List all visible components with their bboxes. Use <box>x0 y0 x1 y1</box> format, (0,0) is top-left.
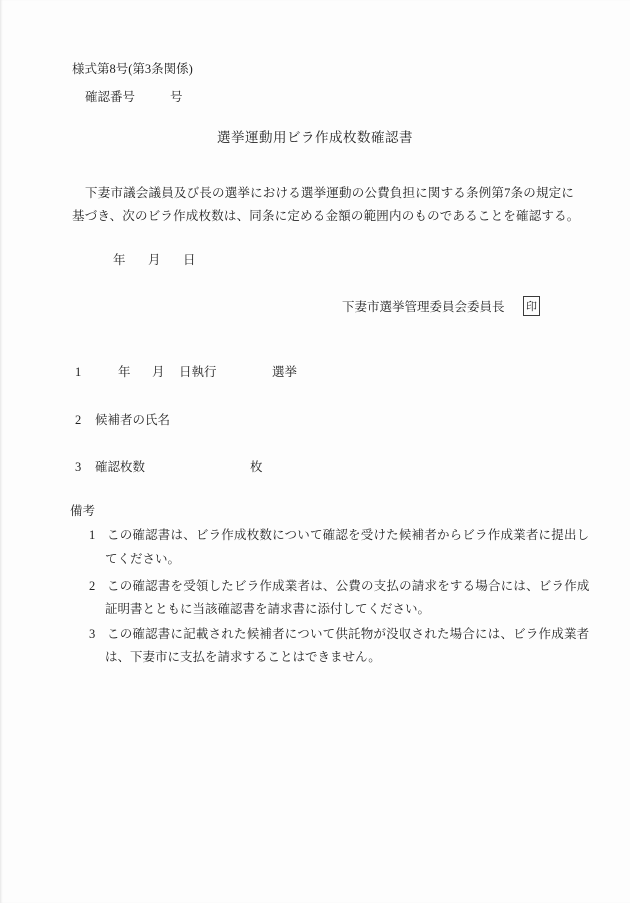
note-1-line-2: てください。 <box>105 552 180 567</box>
document-title: 選挙運動用ビラ作成枚数確認書 <box>0 130 630 146</box>
confirmation-number-label: 確認番号 <box>85 90 135 105</box>
item-3-number: 3 <box>75 460 81 475</box>
form-id: 様式第8号(第3条関係) <box>72 62 193 77</box>
note-3-line-1: この確認書に記載された候補者について供託物が没収された場合には、ビラ作成業者 <box>107 627 589 642</box>
note-3-line-2: は、下妻市に支払を請求することはできません。 <box>105 650 381 665</box>
item-1-day-executed-label: 日執行 <box>179 365 217 380</box>
note-2-line-1: この確認書を受領したビラ作成業者は、公費の支払の請求をする場合には、ビラ作成 <box>107 579 590 594</box>
scanned-form-page: 様式第8号(第3条関係) 確認番号 号 選挙運動用ビラ作成枚数確認書 下妻市議会… <box>0 0 630 903</box>
item-1-number: 1 <box>75 365 81 380</box>
note-2-line-2: 証明書とともに当該確認書を請求書に添付してください。 <box>105 602 430 617</box>
note-1-number: 1 <box>89 528 95 543</box>
date-month-label: 月 <box>148 253 161 268</box>
item-1-year-label: 年 <box>118 365 131 380</box>
seal-box: 印 <box>523 296 540 316</box>
item-3-label: 確認枚数 <box>95 460 145 475</box>
note-3-number: 3 <box>89 627 95 642</box>
body-paragraph-line-1: 下妻市議会議員及び長の選挙における選挙運動の公費負担に関する条例第7条の規定に <box>72 186 574 201</box>
item-1-election-label: 選挙 <box>272 365 297 380</box>
confirmation-number-unit: 号 <box>170 90 183 105</box>
date-day-label: 日 <box>183 253 196 268</box>
date-year-label: 年 <box>113 253 126 268</box>
item-2-label: 候補者の氏名 <box>95 413 170 428</box>
remarks-title: 備考 <box>70 504 95 519</box>
note-1-line-1: この確認書は、ビラ作成枚数について確認を受けた候補者からビラ作成業者に提出し <box>107 528 589 543</box>
seal-label: 印 <box>526 298 537 314</box>
item-2-number: 2 <box>75 413 81 428</box>
body-paragraph-line-2: 基づき、次のビラ作成枚数は、同条に定める金額の範囲内のものであることを確認する。 <box>72 209 580 224</box>
signer-title: 下妻市選挙管理委員会委員長 <box>342 300 505 315</box>
item-1-month-label: 月 <box>152 365 165 380</box>
item-3-unit-label: 枚 <box>250 460 263 475</box>
note-2-number: 2 <box>89 579 95 594</box>
